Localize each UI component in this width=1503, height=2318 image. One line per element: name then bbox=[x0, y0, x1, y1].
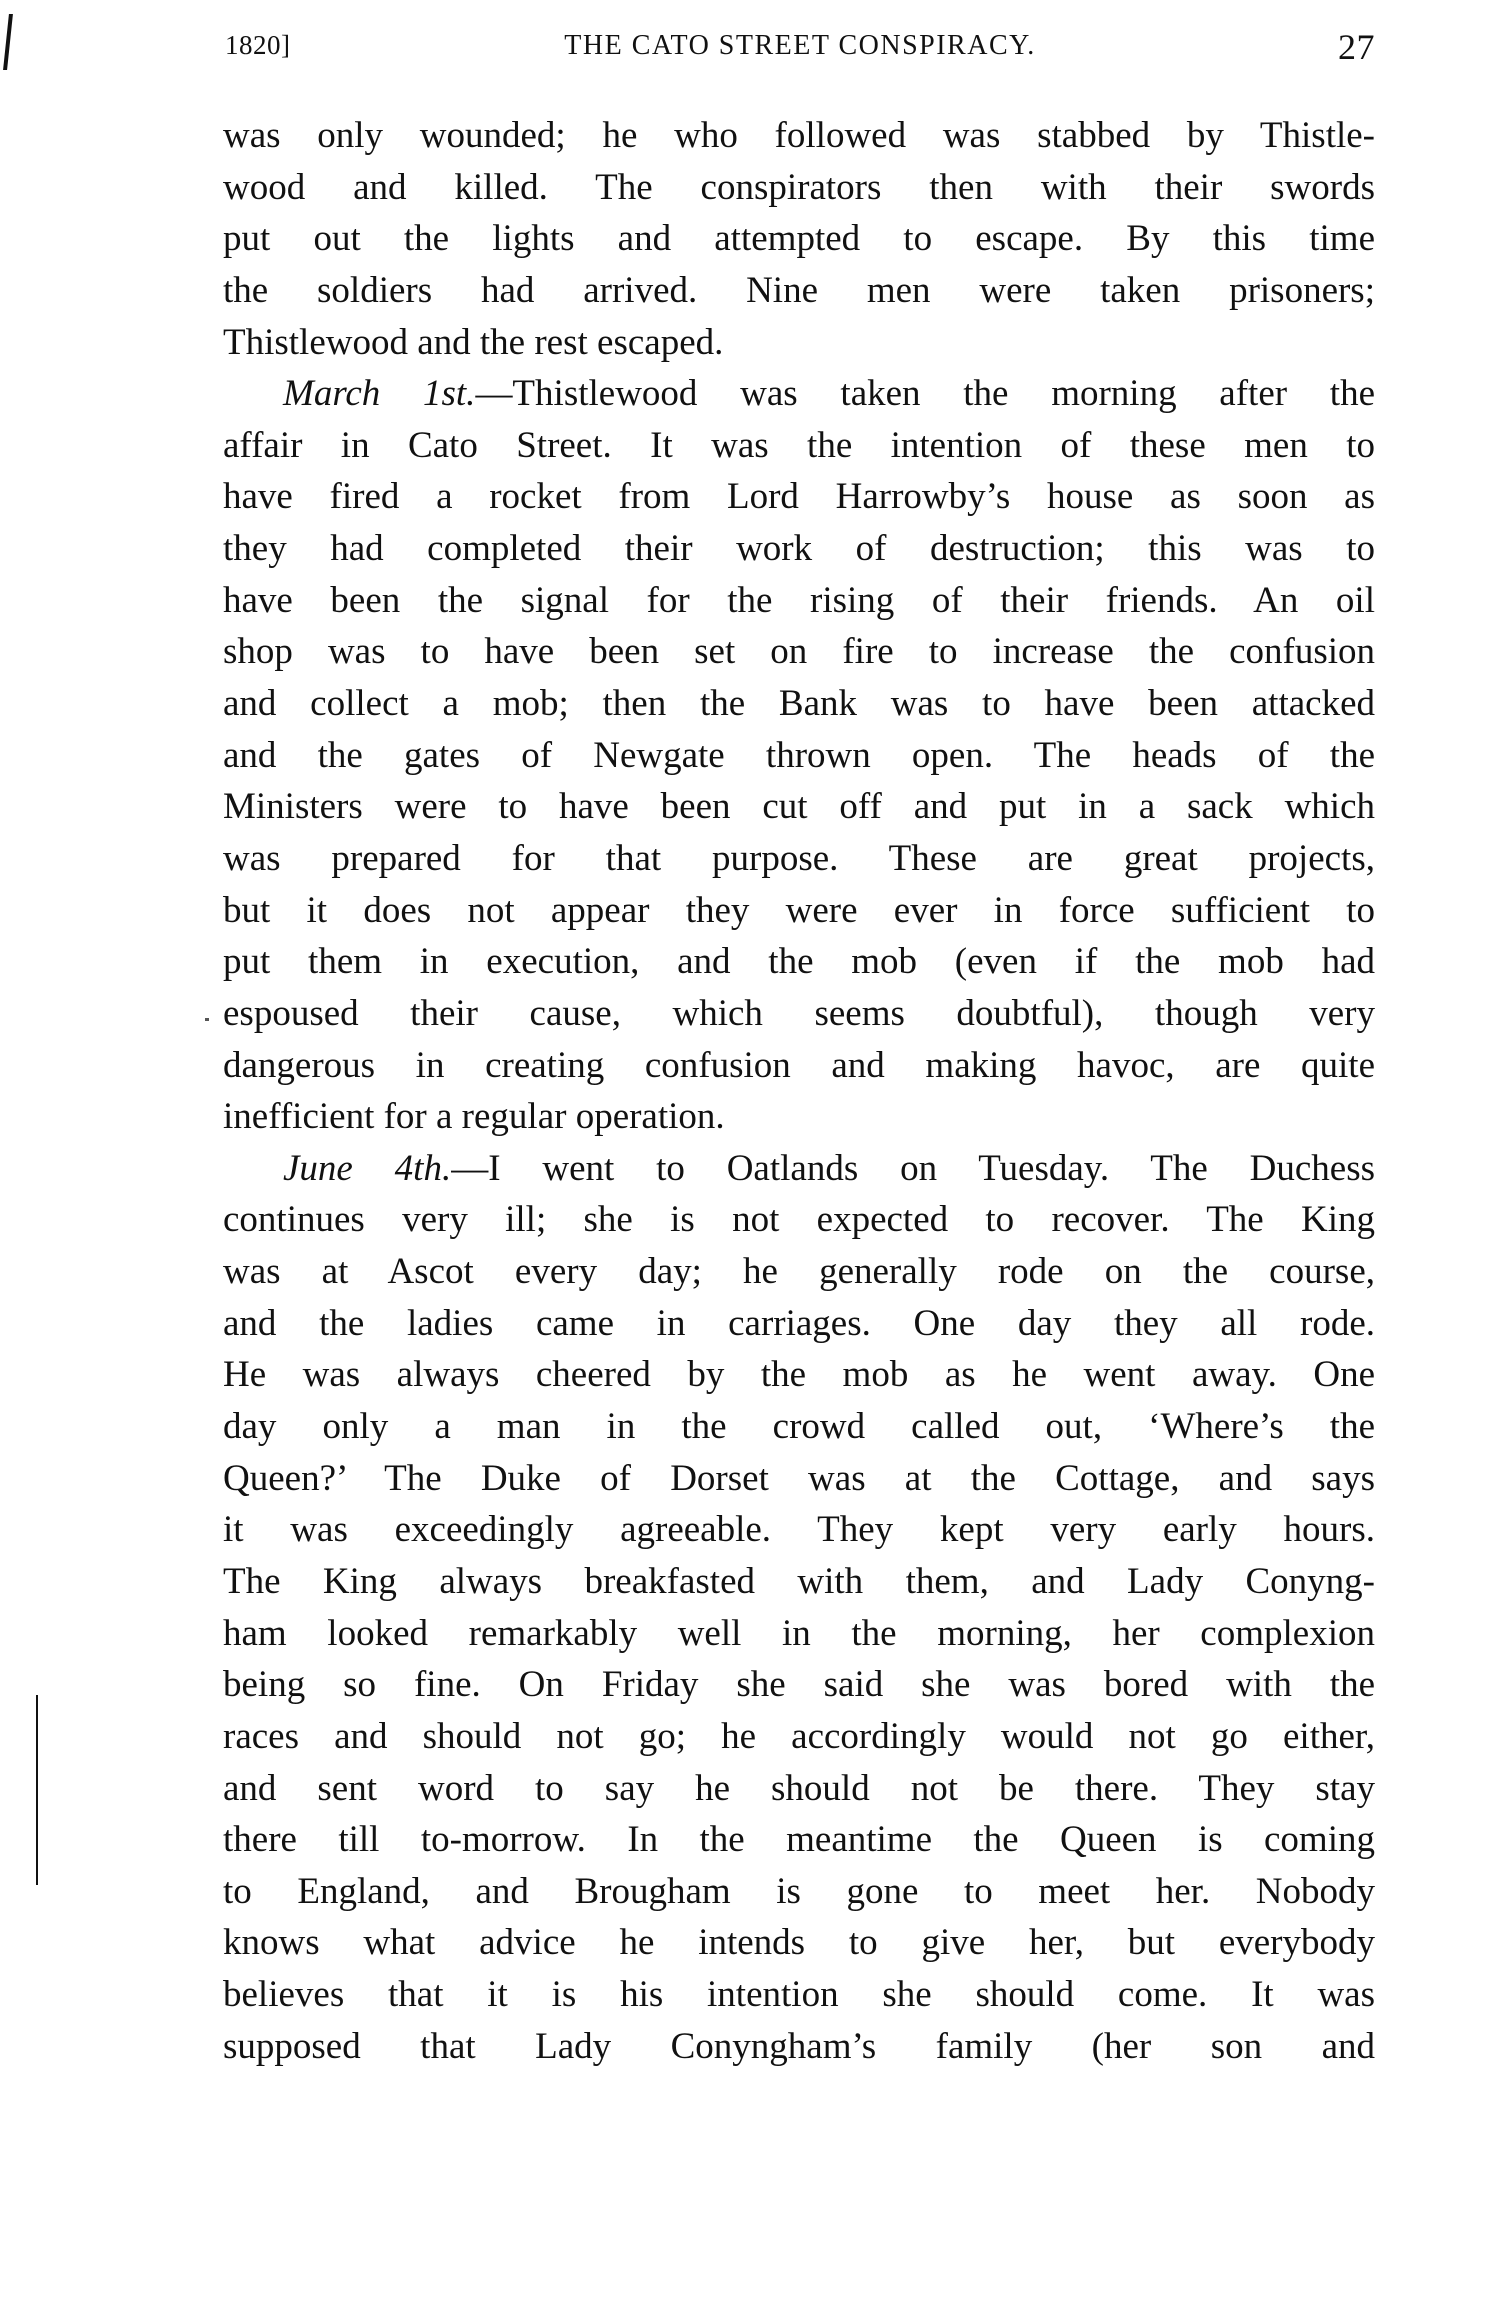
margin-rule-left bbox=[36, 1695, 38, 1885]
text-line: affair in Cato Street. It was the intent… bbox=[223, 420, 1375, 472]
line-text: put them in execution, and the mob (even… bbox=[223, 941, 1375, 982]
text-line: and collect a mob; then the Bank was to … bbox=[223, 678, 1375, 730]
line-text: have fired a rocket from Lord Harrowby’s… bbox=[223, 476, 1375, 517]
line-text: and the gates of Newgate thrown open. Th… bbox=[223, 735, 1375, 776]
line-text: dangerous in creating confusion and maki… bbox=[223, 1045, 1375, 1086]
page-number: 27 bbox=[1338, 26, 1375, 68]
text-line: March 1st.—Thistlewood was taken the mor… bbox=[223, 368, 1375, 420]
line-text: and the ladies came in carriages. One da… bbox=[223, 1303, 1375, 1344]
entry-date: June 4th. bbox=[283, 1148, 451, 1189]
line-text: was at Ascot every day; he generally rod… bbox=[223, 1251, 1375, 1292]
line-text: shop was to have been set on fire to inc… bbox=[223, 631, 1375, 672]
entry-date: March 1st. bbox=[283, 373, 475, 414]
line-text: the soldiers had arrived. Nine men were … bbox=[223, 270, 1375, 311]
line-text: there till to-morrow. In the meantime th… bbox=[223, 1819, 1375, 1860]
line-text: espoused their cause, which seems doubtf… bbox=[223, 993, 1375, 1034]
text-line: to England, and Brougham is gone to meet… bbox=[223, 1866, 1375, 1918]
line-text: The King always breakfasted with them, a… bbox=[223, 1561, 1375, 1602]
text-line: supposed that Lady Conyngham’s family (h… bbox=[223, 2021, 1375, 2073]
line-text: He was always cheered by the mob as he w… bbox=[223, 1354, 1375, 1395]
text-line: was prepared for that purpose. These are… bbox=[223, 833, 1375, 885]
text-line: shop was to have been set on fire to inc… bbox=[223, 626, 1375, 678]
line-text: inefficient for a regular operation. bbox=[223, 1096, 725, 1137]
line-text: —I went to Oatlands on Tuesday. The Duch… bbox=[451, 1148, 1375, 1189]
text-line: but it does not appear they were ever in… bbox=[223, 885, 1375, 937]
text-line: they had completed their work of destruc… bbox=[223, 523, 1375, 575]
line-text: —Thistlewood was taken the morning after… bbox=[475, 373, 1375, 414]
text-line: The King always breakfasted with them, a… bbox=[223, 1556, 1375, 1608]
line-text: supposed that Lady Conyngham’s family (h… bbox=[223, 2026, 1375, 2067]
text-line: He was always cheered by the mob as he w… bbox=[223, 1349, 1375, 1401]
line-text: continues very ill; she is not expected … bbox=[223, 1199, 1375, 1240]
line-text: knows what advice he intends to give her… bbox=[223, 1922, 1375, 1963]
line-text: Queen?’ The Duke of Dorset was at the Co… bbox=[223, 1458, 1375, 1499]
running-header: 1820] THE CATO STREET CONSPIRACY. 27 bbox=[225, 22, 1375, 72]
line-text: ham looked remarkably well in the mornin… bbox=[223, 1613, 1375, 1654]
text-line: put them in execution, and the mob (even… bbox=[223, 936, 1375, 988]
text-line: have fired a rocket from Lord Harrowby’s… bbox=[223, 471, 1375, 523]
line-text: Thistlewood and the rest escaped. bbox=[223, 322, 723, 363]
page-body-text: was only wounded; he who followed was st… bbox=[223, 110, 1375, 2072]
line-text: but it does not appear they were ever in… bbox=[223, 890, 1375, 931]
text-line: being so fine. On Friday she said she wa… bbox=[223, 1659, 1375, 1711]
text-line: Ministers were to have been cut off and … bbox=[223, 781, 1375, 833]
text-line: Thistlewood and the rest escaped. bbox=[223, 317, 1375, 369]
text-line: the soldiers had arrived. Nine men were … bbox=[223, 265, 1375, 317]
line-text: put out the lights and attempted to esca… bbox=[223, 218, 1375, 259]
text-line: and the ladies came in carriages. One da… bbox=[223, 1298, 1375, 1350]
line-text: they had completed their work of destruc… bbox=[223, 528, 1375, 569]
text-line: believes that it is his intention she sh… bbox=[223, 1969, 1375, 2021]
text-line: June 4th.—I went to Oatlands on Tuesday.… bbox=[223, 1143, 1375, 1195]
line-text: wood and killed. The conspirators then w… bbox=[223, 167, 1375, 208]
text-line: have been the signal for the rising of t… bbox=[223, 575, 1375, 627]
text-line: inefficient for a regular operation. bbox=[223, 1091, 1375, 1143]
text-line: was at Ascot every day; he generally rod… bbox=[223, 1246, 1375, 1298]
margin-speck bbox=[205, 1018, 209, 1021]
text-line: it was exceedingly agreeable. They kept … bbox=[223, 1504, 1375, 1556]
line-text: was only wounded; he who followed was st… bbox=[223, 115, 1375, 156]
line-text: Ministers were to have been cut off and … bbox=[223, 786, 1375, 827]
line-text: it was exceedingly agreeable. They kept … bbox=[223, 1509, 1375, 1550]
header-title: THE CATO STREET CONSPIRACY. bbox=[225, 30, 1375, 62]
text-line: Queen?’ The Duke of Dorset was at the Co… bbox=[223, 1453, 1375, 1505]
line-text: believes that it is his intention she sh… bbox=[223, 1974, 1375, 2015]
text-line: there till to-morrow. In the meantime th… bbox=[223, 1814, 1375, 1866]
text-line: espoused their cause, which seems doubtf… bbox=[223, 988, 1375, 1040]
text-line: and sent word to say he should not be th… bbox=[223, 1763, 1375, 1815]
line-text: and sent word to say he should not be th… bbox=[223, 1768, 1375, 1809]
text-line: put out the lights and attempted to esca… bbox=[223, 213, 1375, 265]
text-line: day only a man in the crowd called out, … bbox=[223, 1401, 1375, 1453]
line-text: have been the signal for the rising of t… bbox=[223, 580, 1375, 621]
line-text: to England, and Brougham is gone to meet… bbox=[223, 1871, 1375, 1912]
line-text: and collect a mob; then the Bank was to … bbox=[223, 683, 1375, 724]
text-line: wood and killed. The conspirators then w… bbox=[223, 162, 1375, 214]
text-line: continues very ill; she is not expected … bbox=[223, 1194, 1375, 1246]
text-line: dangerous in creating confusion and maki… bbox=[223, 1040, 1375, 1092]
margin-mark-top-left bbox=[3, 14, 13, 70]
text-line: races and should not go; he accordingly … bbox=[223, 1711, 1375, 1763]
text-line: knows what advice he intends to give her… bbox=[223, 1917, 1375, 1969]
line-text: was prepared for that purpose. These are… bbox=[223, 838, 1375, 879]
text-line: and the gates of Newgate thrown open. Th… bbox=[223, 730, 1375, 782]
line-text: races and should not go; he accordingly … bbox=[223, 1716, 1375, 1757]
text-line: ham looked remarkably well in the mornin… bbox=[223, 1608, 1375, 1660]
line-text: day only a man in the crowd called out, … bbox=[223, 1406, 1375, 1447]
line-text: affair in Cato Street. It was the intent… bbox=[223, 425, 1375, 466]
text-line: was only wounded; he who followed was st… bbox=[223, 110, 1375, 162]
line-text: being so fine. On Friday she said she wa… bbox=[223, 1664, 1375, 1705]
